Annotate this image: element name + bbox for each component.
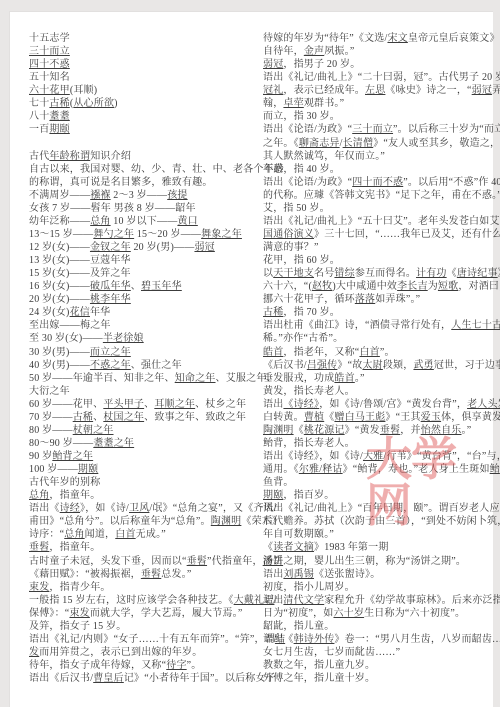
text-segment: 、 [131, 281, 141, 292]
text-segment: 20 岁(男)—— [131, 242, 195, 253]
text-segment: 的代称。应璩《答韩文宪书》“足下之年，甫在不惑。” [263, 190, 500, 201]
text-segment: 黄发，指长寿老人。 [263, 386, 355, 397]
text-segment: 其人默然诚笃，年仅而立。” [263, 151, 385, 162]
text-segment: 语出《 [263, 634, 294, 645]
underlined-term: 韩诗外传 [294, 634, 335, 645]
text-line: 弱冠，指男子 20 岁。 [263, 58, 494, 71]
right-column: 待嫁的年岁为“待年”《文选/宋文皇帝元皇后哀策文》“爰自待年，金声夙振。”弱冠，… [263, 32, 494, 685]
text-segment: 知识介绍 [90, 151, 131, 162]
underlined-term: 冠礼 [263, 85, 283, 96]
text-line: 语出刘禹锡《送张盥诗》。 [263, 568, 494, 581]
text-line: 黄发，指长寿老人。 [263, 385, 494, 398]
text-segment: 古时童子未冠，头发下垂，因而以“ [29, 556, 187, 567]
text-segment: 五十知名 [29, 72, 70, 83]
underlined-term: 花信 [70, 307, 90, 318]
underlined-term: 舞象之年 [201, 229, 242, 240]
text-segment: 后代赡养。苏拭（次韵子由三首），“到处不妨闲卜筑，流 [263, 516, 500, 527]
text-line: 语出《礼记/曲礼上》“百年曰期，颐”。谓百岁老人应由 [263, 502, 494, 515]
text-segment: 女七月生齿，七岁而龀齿……” [263, 647, 400, 658]
text-segment: 不惑，指 40 岁。 [263, 164, 340, 175]
text-line: 一百期颐 [29, 123, 253, 136]
underlined-term: 三十而立 [352, 124, 393, 135]
underlined-term: 《诗经》 [283, 399, 319, 410]
text-line: 古时童子未冠，头发下垂，因而以“垂髫”代指童年，潘岳 [29, 555, 253, 568]
text-segment: 待嫁的年岁为“待年”《文选/ [263, 33, 387, 44]
text-line: 语出《韩诗外传》卷一：“男八月生齿，八岁而龆齿……。 [263, 633, 494, 646]
text-segment: 不满周岁—— [29, 190, 90, 201]
text-segment: 家程允升《幼学故事琼林》。后来亦泛指生 [324, 595, 500, 606]
underlined-term: 垂髫 [380, 425, 400, 436]
text-segment: 鱼背。 [263, 477, 294, 488]
text-line: 冠礼，表示已经成年。左思《咏史》诗之一，“弱冠弄柔 [263, 84, 494, 97]
text-line: 以天干地支名号错综参互而得名。计有功《唐诗纪事》卷 [263, 267, 494, 280]
text-segment: ，并 [400, 425, 420, 436]
text-line: 而立，指 30 岁。 [263, 110, 494, 123]
underlined-term: 垂髫 [187, 556, 207, 567]
text-line: 三十而立 [29, 45, 253, 58]
underlined-term: 李长吉 [397, 281, 428, 292]
underlined-term: 清代文学 [283, 595, 324, 606]
underlined-term: 耋耋 [49, 111, 69, 122]
text-segment: 24 岁(女) [29, 307, 70, 318]
text-segment: 》三十七回，“……我年已及艾，还有什么不 [314, 229, 500, 240]
underlined-term: 金声 [304, 46, 324, 57]
text-segment: 通用。《 [263, 464, 299, 475]
text-line: 语出《诗经》，如《诗/鲁颂/宫》“黄发台背”，老人头发由 [263, 398, 494, 411]
text-segment: 七十 [29, 98, 49, 109]
text-segment: 》“故 [337, 360, 362, 371]
text-segment: 女孩 7 岁——髫年 男孩 8 岁——龆年 [29, 203, 196, 214]
underlined-term: 唐诗纪事 [457, 268, 498, 279]
underlined-term: 总角 [29, 490, 49, 501]
text-segment: ，指百岁。 [283, 490, 334, 501]
underlined-term: 六十岁 [333, 608, 364, 619]
text-segment: ，如《诗/鲁颂/宫》“黄发台背”， [319, 399, 467, 410]
text-line: 挪六十花甲子，循环落落如弄珠”。” [263, 293, 494, 306]
text-segment: 记》“小者待年于国”。以后称女子 [124, 673, 276, 684]
text-line: 一般指 15 岁左右，这时应该学会各种技艺。《大戴礼记/ [29, 594, 253, 607]
underlined-term: 古稀 [49, 98, 69, 109]
text-segment: 弄柔 [492, 85, 500, 96]
text-line: 的称谓，真可说是名目繁多，雅致有趣。 [29, 176, 253, 189]
text-segment: 语出《礼记/曲礼上》“百年曰期，颐”。谓百岁老人应由 [263, 503, 500, 514]
text-segment: 甫田》“总角兮”。以后称童年为“总角”。 [29, 516, 211, 527]
underlined-term: 弱冠 [194, 242, 214, 253]
text-segment: 外傅之年，指儿童十岁。 [263, 673, 375, 684]
text-line: 十五志学 [29, 32, 253, 45]
underlined-term: 垂髫 [29, 542, 49, 553]
text-segment: ”。 [380, 347, 395, 358]
text-segment: ，指青少年。 [49, 582, 110, 593]
text-segment: 。” [462, 425, 472, 436]
underlined-term: 落落 [355, 294, 375, 305]
text-segment: 艾，指 50 岁。 [263, 203, 330, 214]
underlined-term: 左思 [365, 85, 385, 96]
text-segment: 20 岁(女)—— [29, 294, 90, 305]
text-line: 不满周岁——襁褓 2～3 岁——孩提 [29, 189, 253, 202]
text-segment: 垂发服戎，功成 [263, 373, 334, 384]
text-segment: 15～20 岁—— [134, 229, 201, 240]
text-line: 语出《后汉书/曹皇后记》“小者待年于国”。以后称女子 [29, 672, 253, 685]
text-line: 五十知名 [29, 71, 253, 84]
text-segment: ”。以后称三十岁为“而立” [393, 124, 500, 135]
underlined-term: 卫风 [129, 503, 149, 514]
text-segment: 挪六十花甲子，循环 [263, 294, 355, 305]
text-segment: ，表示已经成年。 [283, 85, 365, 96]
text-segment: 闻道， [85, 529, 116, 540]
text-segment: 幼年泛称—— [29, 216, 90, 227]
text-segment: 》“黄发 [345, 425, 380, 436]
text-segment: 夙振。” [324, 46, 354, 57]
underlined-term: 杖国之年 [103, 412, 144, 423]
underlined-term: 大雅 [363, 451, 383, 462]
underlined-term: 期颐 [78, 464, 98, 475]
text-segment: 十五志学 [29, 33, 70, 44]
text-line: 自古以来，我国对婴、幼、少、青、壮、中、老各个年龄 [29, 163, 253, 176]
text-line: 古代年岁的别称 [29, 476, 253, 489]
underlined-term: 鲐背之年 [52, 451, 93, 462]
text-line: 的代称。应璩《答韩文宪书》“足下之年，甫在不惑。” [263, 189, 494, 202]
text-segment: 》，如《诗/ [80, 503, 129, 514]
text-segment: ，指童年。 [49, 542, 100, 553]
underlined-term: 总角 [64, 529, 84, 540]
text-segment: 90 岁 [29, 451, 52, 462]
text-segment: 为 [428, 281, 438, 292]
text-line: 之年。《聊斋志异/长清僧》“友人或至其乡，敬造之，见 [263, 137, 494, 150]
underlined-term: 四十不惑 [29, 59, 70, 70]
text-line: 语出《诗经》，如《诗/卫风/氓》“总角之宴”，又《齐风/ [29, 502, 253, 515]
text-segment: 语出 [263, 569, 283, 580]
text-line: 语出《礼记/曲礼上》“二十曰弱，冠”。古代男子 20 岁行 [263, 71, 494, 84]
text-segment: 《后汉书/ [263, 360, 307, 371]
text-segment: /行苇》“黄台背”，“台”与，“鲐” [383, 451, 500, 462]
text-line: 诗序：“总角闻道，白首无成。” [29, 528, 253, 541]
text-segment: 冠世，习于边事， [434, 360, 500, 371]
text-segment: 《 [324, 412, 334, 423]
text-line: 垂髫，指童年。 [29, 541, 253, 554]
text-segment: ，对酒曰，手 [458, 281, 500, 292]
text-segment: 至出嫁——梅之年 [29, 320, 111, 331]
underlined-term: 聊斋志异 [299, 138, 340, 149]
underlined-term: 赠白马王彪 [334, 412, 385, 423]
underlined-term: 白首 [115, 529, 135, 540]
text-line: 稀。”亦作“古希”。 [263, 332, 494, 345]
text-line: 甫田》“总角兮”。以后称童年为“总角”。陶渊明《荣木》 [29, 515, 253, 528]
text-segment: 段颎， [383, 360, 414, 371]
text-line: 四十不惑 [29, 58, 253, 71]
text-line: 及笄，指女子 15 岁。 [29, 620, 253, 633]
text-segment: 如弄珠”。” [375, 294, 420, 305]
text-line: 汤饼之期，婴儿出生三朝，称为“汤饼之期”。 [263, 555, 494, 568]
text-line: 待嫁的年岁为“待年”《文选/宋文皇帝元皇后哀策文》“爰 [263, 32, 494, 45]
text-segment: 语出《礼记/曲礼上》“二十曰弱，冠”。古代男子 20 岁行 [263, 72, 500, 83]
text-segment: 80 岁—— [29, 425, 73, 436]
text-segment: 日为“初度”，如 [263, 608, 333, 619]
text-line: 语出《礼记/曲礼上》“五十曰艾”。老年头发苍白如艾。《民 [263, 215, 494, 228]
text-line: 12 岁(女)——金钗之年 20 岁(男)——弱冠 [29, 241, 253, 254]
text-line: 七十古稀(从心所欲) [29, 97, 253, 110]
text-line: 至出嫁——梅之年 [29, 319, 253, 332]
text-segment: 《 [263, 542, 273, 553]
text-segment: 15 岁(女)——及笄之年 [29, 268, 131, 279]
text-line: 30 岁(男)——而立之年 [29, 346, 253, 359]
text-segment: 、致事之年、致政之年 [144, 412, 246, 423]
text-segment: 100 岁—— [29, 464, 78, 475]
text-line: 70 岁——古稀、杖国之年、致事之年、致政之年 [29, 411, 253, 424]
text-line: 40 岁(男)——不惑之年、强仕之年 [29, 359, 253, 372]
text-line: 语出《诗经》，如《诗/大雅/行苇》“黄台背”，“台”与，“鲐” [263, 450, 494, 463]
text-segment: 而就大学，学大艺焉，履大节焉。” [90, 608, 243, 619]
text-segment: ”。 [187, 660, 202, 671]
text-segment: 、 [93, 412, 103, 423]
text-line: 其人默然诚笃，年仅而立。” [263, 150, 494, 163]
text-segment: 《 [447, 268, 457, 279]
text-segment: 12 岁(女)—— [29, 242, 90, 253]
text-segment: 一般指 15 岁左右，这时应该学会各种技艺。《 [29, 595, 234, 606]
underlined-term: 武勇 [413, 360, 433, 371]
text-line: 鲐背，指长寿老人。 [263, 437, 494, 450]
text-segment: 80～90 岁—— [29, 438, 93, 449]
text-segment: 一百 [29, 124, 49, 135]
text-segment: 六十六，“( [263, 281, 312, 292]
text-line: 24 岁(女)花信年华 [29, 306, 253, 319]
text-line: 女孩 7 岁——髫年 男孩 8 岁——龆年 [29, 202, 253, 215]
underlined-term: 读者文摘 [273, 542, 314, 553]
text-line: 鱼背。 [263, 476, 494, 489]
text-segment: ，指男子 20 岁。 [283, 59, 360, 70]
text-segment: 总发。” [161, 569, 191, 580]
text-segment: 2～3 岁—— [111, 190, 168, 201]
text-segment: 50 岁——年逾半百、知非之年、 [29, 373, 175, 384]
text-line: 16 岁(女)——破瓜年华、碧玉年华 [29, 280, 253, 293]
text-line: 外傅之年，指儿童十岁。 [263, 672, 494, 685]
underlined-term: 垂髫 [141, 569, 161, 580]
underlined-term: 老人头发由 [467, 399, 500, 410]
text-segment: 花甲，指 60 岁。 [263, 255, 340, 266]
text-segment: 60 岁——花甲、 [29, 399, 103, 410]
text-segment: 》“鲐背，寿也。”老人身上生斑如 [343, 464, 490, 475]
text-line: 皓首，指老年，又称“白首”。 [263, 346, 494, 359]
underlined-term: 计有功 [416, 268, 447, 279]
text-line: 13～15 岁——舞勺之年 15～20 岁——舞象之年 [29, 228, 253, 241]
text-segment: 《藉田赋》：“被褐振裾， [29, 569, 141, 580]
text-line: 总角，指童年。 [29, 489, 253, 502]
underlined-term: 长清僧 [343, 138, 374, 149]
text-segment: 白转黄。 [263, 412, 304, 423]
text-segment: 》“友人或至其乡，敬造之，见 [373, 138, 500, 149]
underlined-term: 耳顺之年 [154, 399, 195, 410]
text-line: 60 岁——花甲、平头甲子、耳顺之年、杖乡之年 [29, 398, 253, 411]
text-segment: 70 岁—— [29, 412, 73, 423]
text-line: 语出清代文学家程允升《幼学故事琼林》。后来亦泛指生 [263, 594, 494, 607]
underlined-term: 吕强传 [307, 360, 338, 371]
underlined-term: 曹皇后 [93, 673, 124, 684]
underlined-term: 知命之年 [175, 373, 216, 384]
underlined-term: 待字 [166, 660, 186, 671]
text-line: 20 岁(女)——桃李年华 [29, 293, 253, 306]
text-segment: 教数之年，指儿童九岁。 [263, 660, 375, 671]
text-segment: 鲐背，指长寿老人。 [263, 438, 355, 449]
text-line: 女七月生齿，七岁而龀齿……” [263, 646, 494, 659]
underlined-term: 陶渊明 [263, 425, 294, 436]
text-segment: 《咏史》诗之一，“ [385, 85, 471, 96]
underlined-term: 期颐 [49, 124, 69, 135]
text-segment: 。” [355, 373, 365, 384]
text-line: 垂发服戎，功成皓首。” [263, 372, 494, 385]
underlined-term: 襁褓 [90, 190, 110, 201]
text-segment: 30 岁(男)—— [29, 347, 90, 358]
underlined-term: 舞勺之年 [93, 229, 134, 240]
underlined-term: 人生七十古来 [451, 320, 500, 331]
text-line: 90 岁鲐背之年 [29, 450, 253, 463]
text-segment: 汤饼之期，婴儿出生三朝，称为“汤饼之期”。 [263, 556, 466, 567]
underlined-term: 白首 [359, 347, 379, 358]
text-line: 保傅》：“束发而就大学，学大艺焉，履大节焉。” [29, 607, 253, 620]
underlined-term: 刘禹锡 [283, 569, 314, 580]
text-segment: 年自可数期颐。” [263, 529, 334, 540]
text-segment: 《送张盥诗》。 [314, 569, 380, 580]
text-segment: 》卷一：“男八月生齿，八岁而龆齿……。 [334, 634, 500, 645]
text-line: 语出《礼记/内则》“女子……十有五年而笄”。“笄”，谓结 [29, 633, 253, 646]
underlined-term: 平头甲子 [103, 399, 144, 410]
text-segment: 、 [144, 399, 154, 410]
text-line: 100 岁——期颐 [29, 463, 253, 476]
text-line: 初度，指小儿周岁。 [263, 581, 494, 594]
underlined-term: 古稀 [73, 412, 93, 423]
underlined-term: 爱玉 [421, 412, 441, 423]
text-segment: ，指童年。 [49, 490, 100, 501]
underlined-term: 弱冠 [263, 59, 283, 70]
text-segment: 自古以来，我国对婴、幼、少、青、壮、中、老各个年龄 [29, 164, 284, 175]
text-segment: /氓》“总角之宴”，又《齐风/ [149, 503, 276, 514]
text-segment: 体，俱享黄发期。” [441, 412, 500, 423]
text-segment: 13 岁(女)——豆蔻年华 [29, 255, 131, 266]
text-line: 国通俗演义》三十七回，“……我年已及艾，还有什么不 [263, 228, 494, 241]
text-line: 六十花甲(耳顺) [29, 84, 253, 97]
underlined-term: 曹植 [304, 412, 324, 423]
underlined-term: 国通俗演义 [263, 229, 314, 240]
text-segment: 10 岁以下—— [111, 216, 178, 227]
text-segment: ”。以后用“不惑”作 40 岁 [403, 177, 500, 188]
underlined-term: 半老徐娘 [103, 333, 144, 344]
underlined-term: 期颐 [263, 490, 283, 501]
text-segment: 八十 [29, 111, 49, 122]
text-line: 年自可数期颐。” [263, 528, 494, 541]
underlined-term: 皓首 [263, 347, 283, 358]
underlined-term: 四十而不惑 [352, 177, 403, 188]
text-line: 语出杜甫《曲江》诗，“酒债寻常行处有，人生七十古来 [263, 319, 494, 332]
text-segment: 初度，指小儿周岁。 [263, 582, 355, 593]
underlined-term: 宋文 [387, 33, 407, 44]
text-segment: ) [114, 98, 118, 109]
screenshot-root: { "watermark": { "text": "大学网", "color":… [0, 0, 500, 707]
text-line: 期颐，指百岁。 [263, 489, 494, 502]
underlined-term: 从心所欲 [73, 98, 114, 109]
text-segment: 、强仕之年 [131, 360, 182, 371]
underlined-term: 孩提 [167, 190, 187, 201]
text-line: 发而用笄贯之，表示已到出嫁的年岁。 [29, 646, 253, 659]
text-line: 自待年，金声夙振。” [263, 45, 494, 58]
text-segment: 参互而得名。 [355, 268, 416, 279]
underlined-term: 皓首 [334, 373, 354, 384]
underlined-term: 诗经 [60, 503, 80, 514]
document-page: 十五志学三十而立四十不惑五十知名六十花甲(耳顺)七十古稀(从心所欲)八十耋耋一百… [9, 11, 493, 707]
text-segment: 语出《论语/为政》“ [263, 124, 352, 135]
text-segment: (耳顺) [70, 85, 97, 96]
text-segment: ，指老年，又称“ [283, 347, 359, 358]
underlined-term: 桃花源记 [304, 425, 345, 436]
underlined-term: 赵牧 [312, 281, 332, 292]
text-segment: 待年，指女子成年待嫁，又称“ [29, 660, 166, 671]
underlined-term: 六十花甲 [29, 85, 70, 96]
underlined-term: 而立之年 [90, 347, 131, 358]
text-line: 15 岁(女)——及笄之年 [29, 267, 253, 280]
text-segment: 年华 [90, 307, 110, 318]
text-segment: 而立，指 30 岁。 [263, 111, 340, 122]
text-segment: 16 岁(女)—— [29, 281, 90, 292]
left-column: 十五志学三十而立四十不惑五十知名六十花甲(耳顺)七十古稀(从心所欲)八十耋耋一百… [29, 32, 253, 685]
text-segment: 观群书。” [304, 98, 344, 109]
text-line: 日为“初度”，如六十岁生日称为“六十初度”。 [263, 607, 494, 620]
text-line: 至 30 岁(女)——半老徐娘 [29, 332, 253, 345]
underlined-term: 金钗之年 [90, 242, 131, 253]
text-segment: 语出《礼记/曲礼上》“五十曰艾”。老年头发苍白如艾。《 [263, 216, 500, 227]
text-line: 50 岁——年逾半百、知非之年、知命之年、艾服之年、 [29, 372, 253, 385]
text-line: 13 岁(女)——豆蔻年华 [29, 254, 253, 267]
text-segment: 语出杜甫《曲江》诗，“酒债寻常行处有， [263, 320, 451, 331]
text-line: 《读者文摘》1983 年第一期 [263, 541, 494, 554]
text-segment: 生日称为“六十初度”。 [364, 608, 465, 619]
underlined-term: 束发 [29, 582, 49, 593]
text-segment: 》“王其 [385, 412, 420, 423]
underlined-term: 太尉 [362, 360, 382, 371]
text-segment: ，指 70 岁。 [283, 307, 340, 318]
text-segment: 翰， [263, 98, 283, 109]
text-segment: 诗序：“ [29, 529, 64, 540]
underlined-term: 碧玉年华 [141, 281, 182, 292]
text-segment: 语出《论语/为政》“ [263, 177, 352, 188]
underlined-term: 弱冠 [472, 85, 492, 96]
text-line: 通用。《尔雅/释诂》“鲐背，寿也。”老人身上生斑如鲐 [263, 463, 494, 476]
text-line: 大衍之年 [29, 385, 253, 398]
text-line: 束发，指青少年。 [29, 581, 253, 594]
text-segment: 古代年岁的别称 [29, 477, 100, 488]
underlined-term: 陶渊明 [211, 516, 242, 527]
underlined-term: 怡然自乐 [421, 425, 462, 436]
underlined-term: 三十而立 [29, 46, 70, 57]
text-line: 幼年泛称——总角 10 岁以下——黄口 [29, 215, 253, 228]
text-line: 教数之年，指儿童九岁。 [263, 659, 494, 672]
underlined-term: 耋耋之年 [93, 438, 134, 449]
text-segment: 古代 [29, 151, 49, 162]
text-line: 翰，卓荦观群书。” [263, 97, 494, 110]
text-segment: 之年。《 [263, 138, 299, 149]
underlined-term: 尔雅/释诂 [299, 464, 343, 475]
text-line: 80 岁——杖朝之年 [29, 424, 253, 437]
text-segment: ”代指童年， [207, 556, 263, 567]
text-segment: 而用笄贯之，表示已到出嫁的年岁。 [39, 647, 202, 658]
text-line: 后代赡养。苏拭（次韵子由三首），“到处不妨闲卜筑，流 [263, 515, 494, 528]
underlined-term: 卓荦 [283, 98, 303, 109]
text-segment: )大中咸通中效 [332, 281, 397, 292]
text-segment: 稀。”亦作“古希”。 [263, 333, 343, 344]
text-segment: 大衍之年 [29, 386, 70, 397]
text-segment: 无成。” [136, 529, 166, 540]
text-segment: 语出《 [29, 503, 60, 514]
text-segment: 语出 [263, 399, 283, 410]
text-line: 待年，指女子成年待嫁，又称“待字”。 [29, 659, 253, 672]
text-segment: 龆龀，指儿童。 [263, 621, 334, 632]
